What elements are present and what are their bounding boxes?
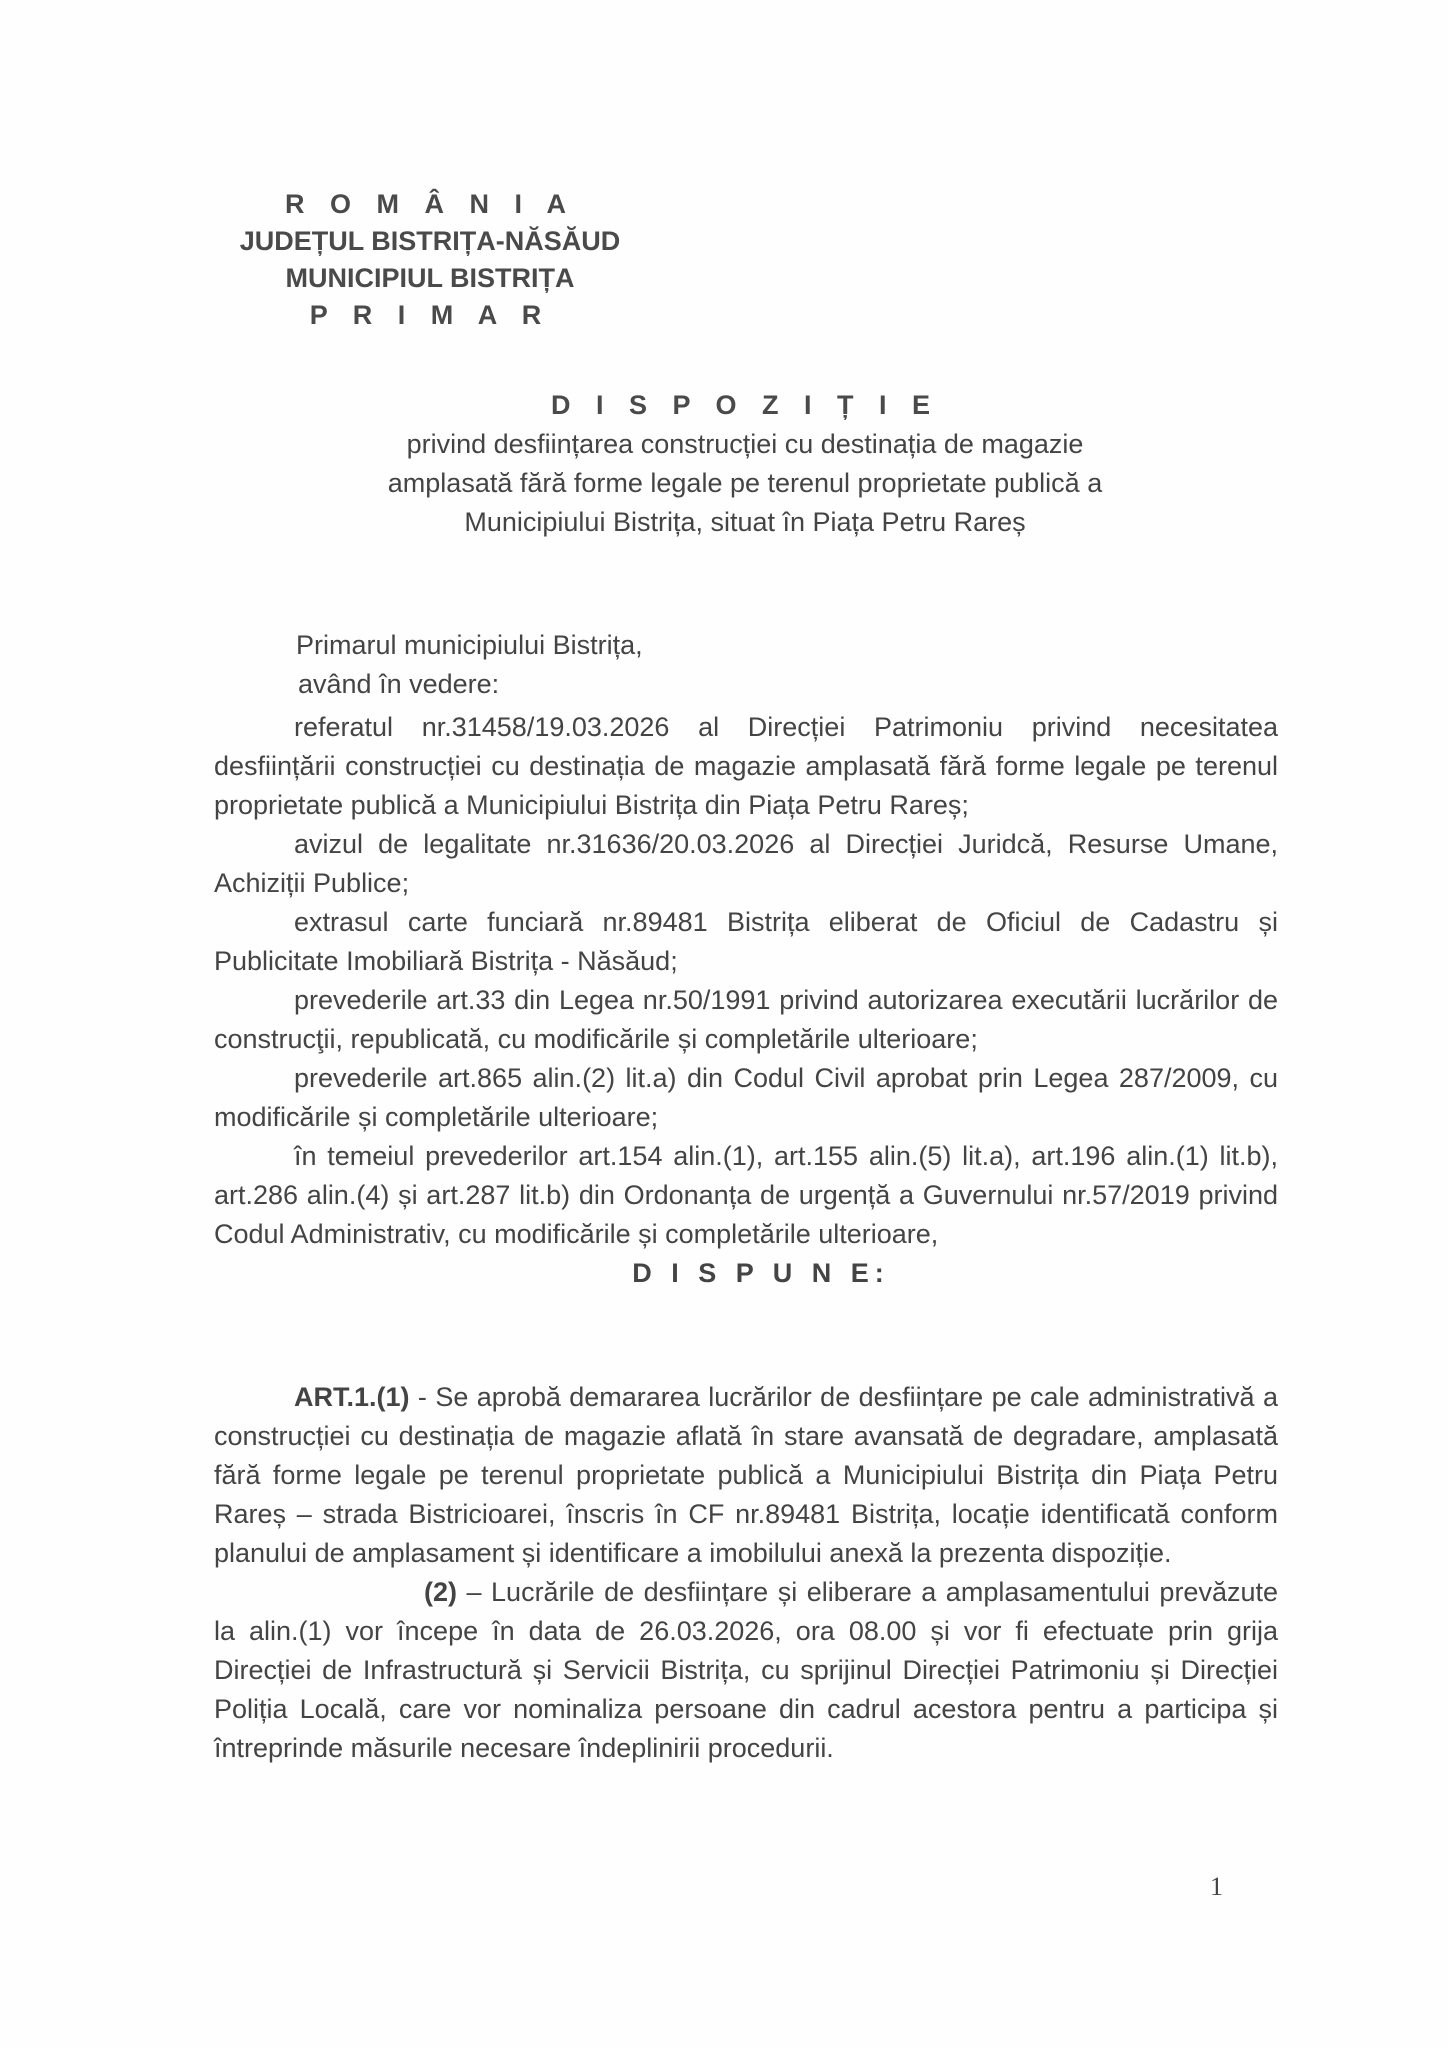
document-page: R O M Â N I A JUDEȚUL BISTRIȚA-NĂSĂUD MU… (0, 0, 1448, 2048)
article-1-2-text: – Lucrările de desființare și eliberare … (214, 1577, 1278, 1763)
header-country: R O M Â N I A (210, 186, 650, 223)
preamble-item: în temeiul prevederilor art.154 alin.(1)… (214, 1137, 1278, 1254)
preamble-considering: având în vedere: (298, 669, 499, 700)
article-1-paragraph-1: ART.1.(1) - Se aprobă demararea lucrăril… (214, 1378, 1278, 1573)
document-subtitle: privind desființarea construcției cu des… (330, 425, 1160, 542)
preamble-item: referatul nr.31458/19.03.2026 al Direcți… (214, 708, 1278, 825)
articles: ART.1.(1) - Se aprobă demararea lucrăril… (214, 1378, 1278, 1768)
subtitle-line: Municipiului Bistrița, situat în Piața P… (330, 503, 1160, 542)
preamble-item: extrasul carte funciară nr.89481 Bistriț… (214, 903, 1278, 981)
header-office: P R I M A R (210, 297, 650, 334)
document-header: R O M Â N I A JUDEȚUL BISTRIȚA-NĂSĂUD MU… (210, 186, 650, 334)
subtitle-line: amplasată fără forme legale pe terenul p… (330, 464, 1160, 503)
preamble-item: prevederile art.865 alin.(2) lit.a) din … (214, 1059, 1278, 1137)
dispune-heading: D I S P U N E: (214, 1254, 1278, 1293)
subtitle-line: privind desființarea construcției cu des… (330, 425, 1160, 464)
article-1-label: ART.1.(1) (294, 1382, 410, 1412)
preamble-issuer: Primarul municipiului Bistrița, (296, 630, 643, 661)
header-municipality: MUNICIPIUL BISTRIȚA (210, 260, 650, 297)
preamble-item: avizul de legalitate nr.31636/20.03.2026… (214, 825, 1278, 903)
article-1-2-label: (2) (424, 1577, 457, 1607)
article-1-paragraph-2: (2) – Lucrările de desființare și eliber… (214, 1573, 1278, 1768)
header-county: JUDEȚUL BISTRIȚA-NĂSĂUD (210, 223, 650, 260)
preamble-item: prevederile art.33 din Legea nr.50/1991 … (214, 981, 1278, 1059)
document-title: D I S P O Z I Ț I E (330, 390, 1160, 421)
page-number: 1 (1210, 1872, 1223, 1902)
preamble-items: referatul nr.31458/19.03.2026 al Direcți… (214, 708, 1278, 1293)
